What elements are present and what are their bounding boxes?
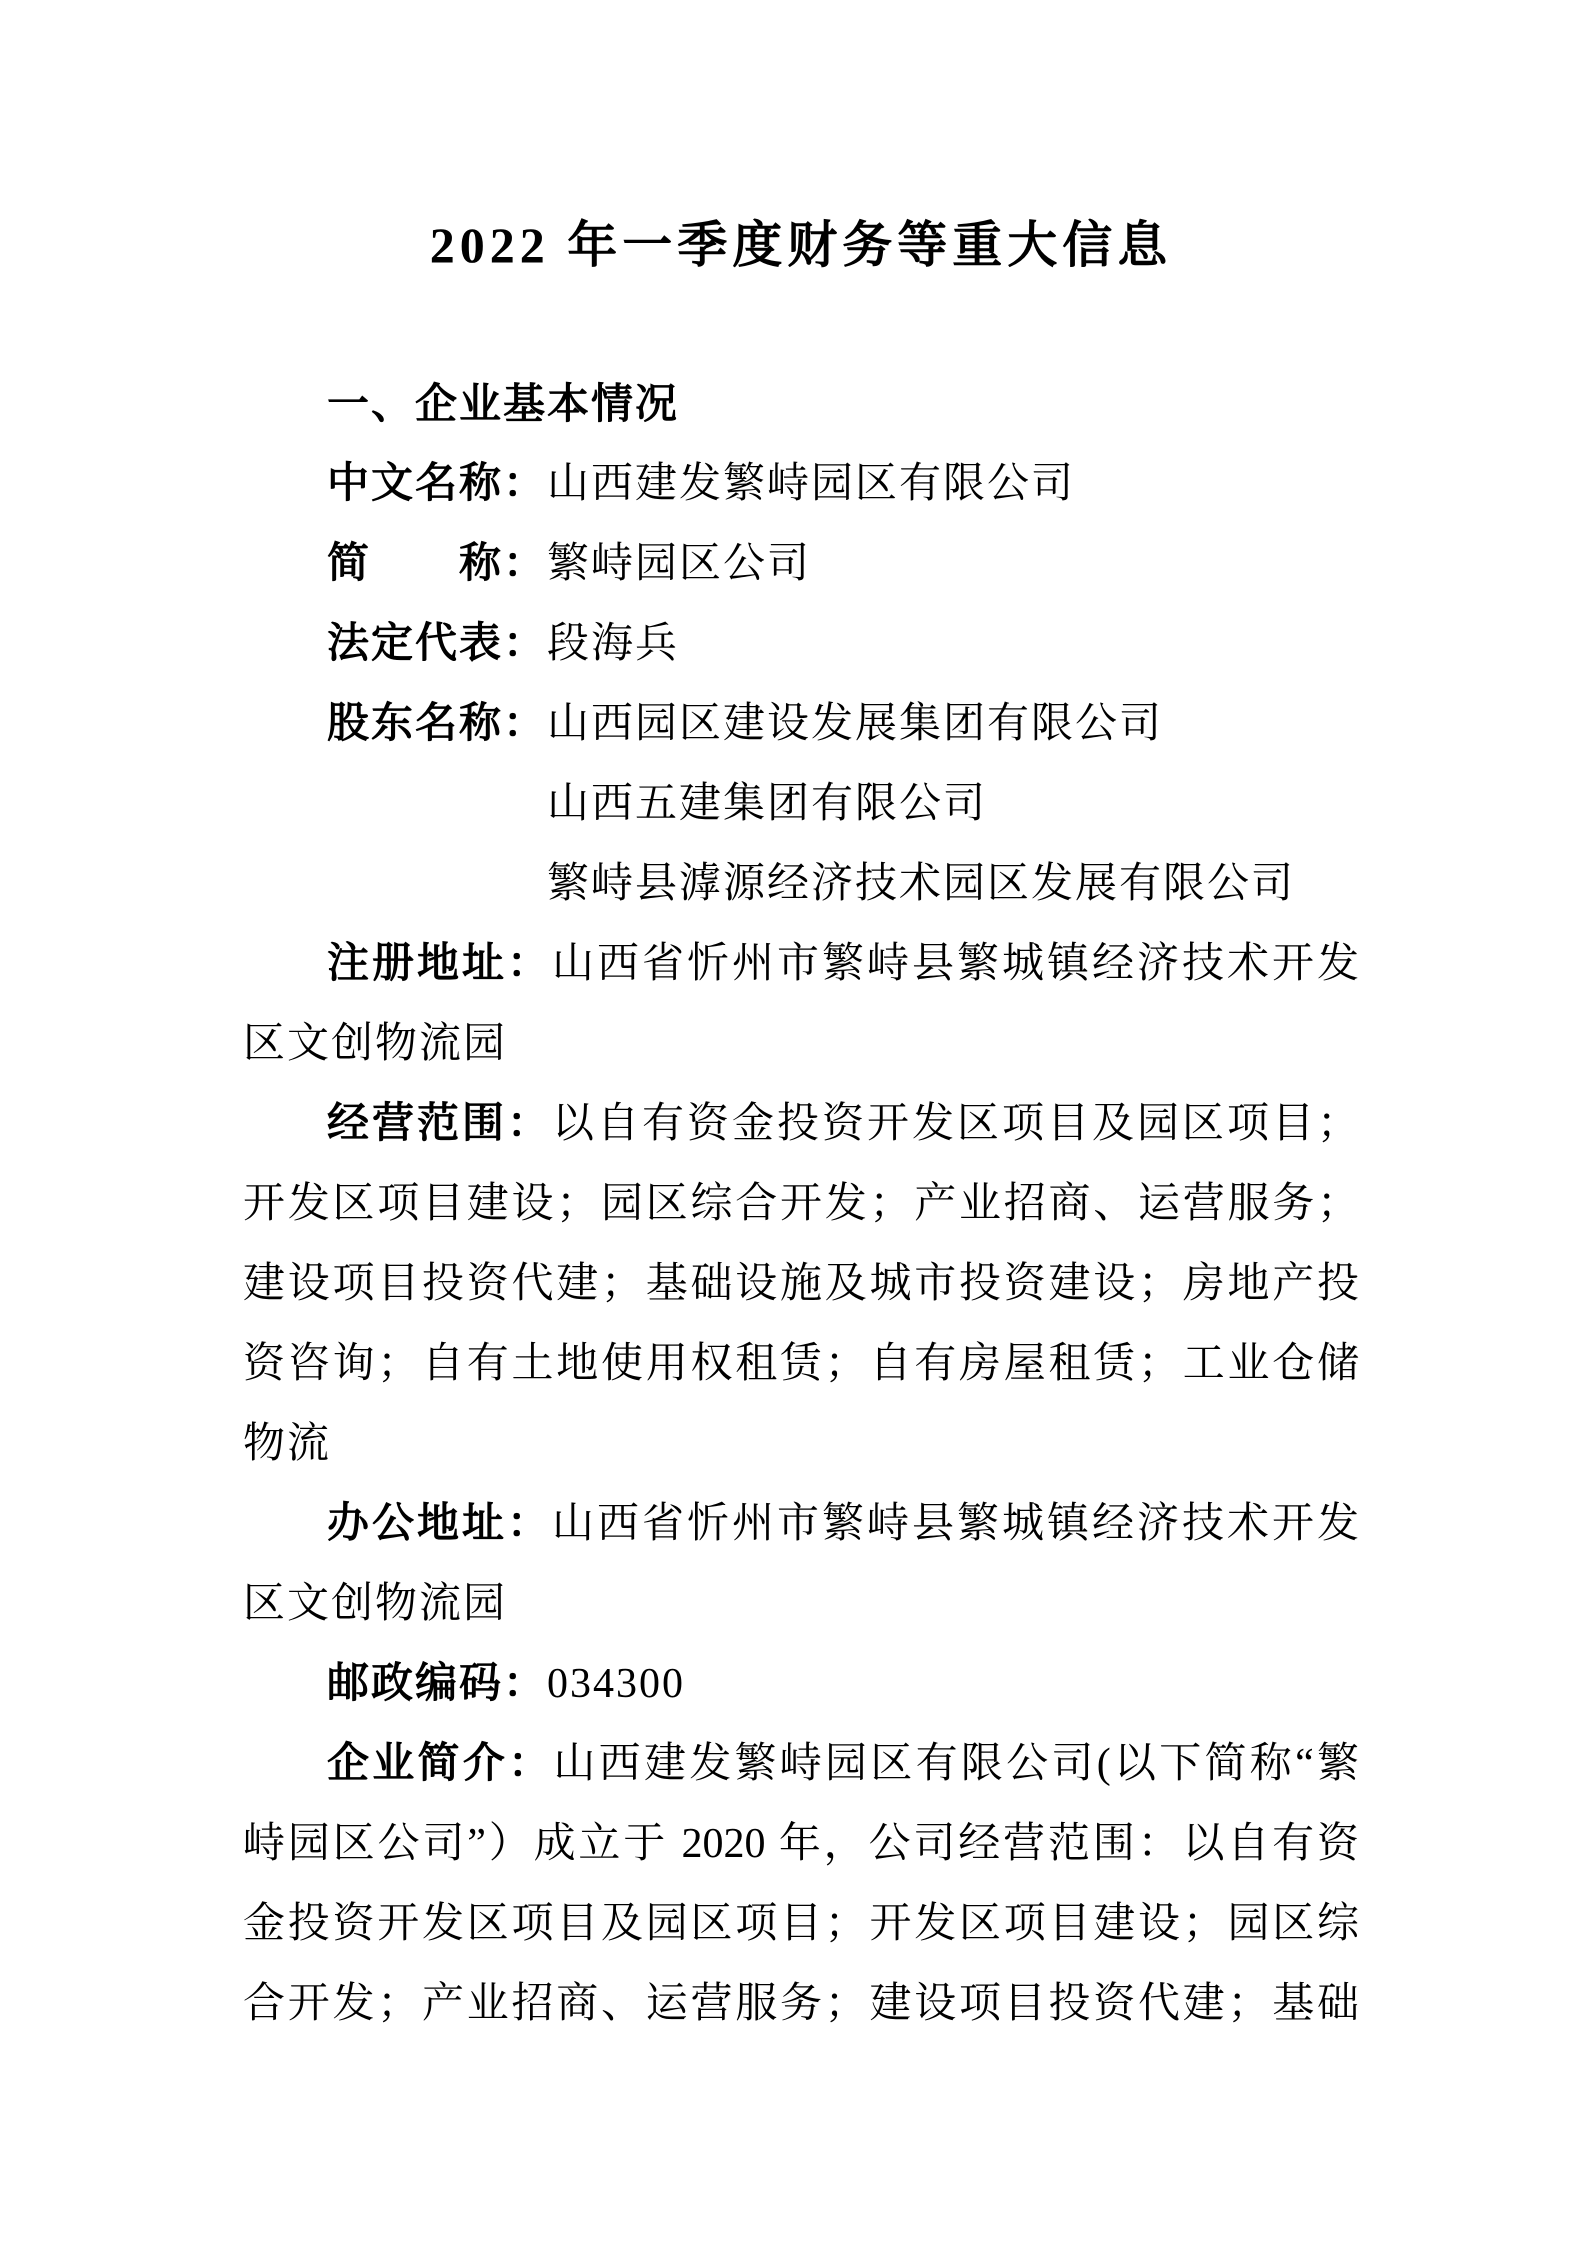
office-address-label: 办公地址： bbox=[327, 1501, 552, 1547]
short-name-value: 繁峙园区公司 bbox=[547, 541, 811, 587]
field-line-shareholders: 股东名称：山西园区建设发展集团有限公司 bbox=[243, 684, 1359, 764]
registered-address-value: 山西省忻州市繁峙县繁城镇经济技术开发 bbox=[552, 941, 1359, 987]
business-scope-cont-2: 建设项目投资代建；基础设施及城市投资建设；房地产投 bbox=[243, 1261, 1359, 1307]
company-profile-cont-3: 合开发；产业招商、运营服务；建设项目投资代建；基础 bbox=[243, 1981, 1359, 2027]
document-title: 2022 年一季度财务等重大信息 bbox=[243, 200, 1359, 290]
field-line-company-profile: 企业简介：山西建发繁峙园区有限公司(以下简称“繁 bbox=[243, 1724, 1359, 1804]
field-line-registered-address: 注册地址：山西省忻州市繁峙县繁城镇经济技术开发 bbox=[243, 924, 1359, 1004]
chinese-name-label: 中文名称： bbox=[327, 461, 547, 507]
shareholder-2-line: 山西五建集团有限公司 bbox=[243, 764, 1359, 844]
shareholder-1-value: 山西园区建设发展集团有限公司 bbox=[547, 701, 1163, 747]
chinese-name-value: 山西建发繁峙园区有限公司 bbox=[547, 461, 1075, 507]
registered-address-cont-line: 区文创物流园 bbox=[243, 1004, 1359, 1084]
business-scope-cont-line-2: 建设项目投资代建；基础设施及城市投资建设；房地产投 bbox=[243, 1244, 1359, 1324]
field-line-short-name: 简 称：繁峙园区公司 bbox=[243, 524, 1359, 604]
office-address-cont: 区文创物流园 bbox=[243, 1581, 507, 1627]
registered-address-cont: 区文创物流园 bbox=[243, 1021, 507, 1067]
short-name-label: 简 称： bbox=[327, 541, 547, 587]
company-profile-cont-2: 金投资开发区项目及园区项目；开发区项目建设；园区综 bbox=[243, 1901, 1359, 1947]
shareholders-label: 股东名称： bbox=[327, 701, 547, 747]
business-scope-label: 经营范围： bbox=[327, 1101, 552, 1147]
company-profile-value: 山西建发繁峙园区有限公司(以下简称“繁 bbox=[553, 1741, 1359, 1787]
company-profile-cont-line-3: 合开发；产业招商、运营服务；建设项目投资代建；基础 bbox=[243, 1964, 1359, 2044]
company-profile-label: 企业简介： bbox=[327, 1741, 553, 1787]
section-heading: 一、企业基本情况 bbox=[243, 364, 1359, 444]
document-page: 2022 年一季度财务等重大信息 一、企业基本情况 中文名称：山西建发繁峙园区有… bbox=[0, 0, 1587, 2245]
field-line-postal-code: 邮政编码：034300 bbox=[243, 1644, 1359, 1724]
shareholder-2-value: 山西五建集团有限公司 bbox=[547, 781, 987, 827]
field-line-legal-representative: 法定代表：段海兵 bbox=[243, 604, 1359, 684]
business-scope-value: 以自有资金投资开发区项目及园区项目； bbox=[552, 1101, 1359, 1147]
legal-representative-label: 法定代表： bbox=[327, 621, 547, 667]
business-scope-cont-4: 物流 bbox=[243, 1421, 331, 1467]
legal-representative-value: 段海兵 bbox=[547, 621, 679, 667]
company-profile-cont-line-1: 峙园区公司”）成立于 2020 年，公司经营范围：以自有资 bbox=[243, 1804, 1359, 1884]
field-line-business-scope: 经营范围：以自有资金投资开发区项目及园区项目； bbox=[243, 1084, 1359, 1164]
business-scope-cont-3: 资咨询；自有土地使用权租赁；自有房屋租赁；工业仓储 bbox=[243, 1341, 1359, 1387]
shareholder-3-line: 繁峙县滹源经济技术园区发展有限公司 bbox=[243, 844, 1359, 924]
office-address-cont-line: 区文创物流园 bbox=[243, 1564, 1359, 1644]
field-line-office-address: 办公地址：山西省忻州市繁峙县繁城镇经济技术开发 bbox=[243, 1484, 1359, 1564]
shareholder-3-value: 繁峙县滹源经济技术园区发展有限公司 bbox=[547, 861, 1295, 907]
field-line-chinese-name: 中文名称：山西建发繁峙园区有限公司 bbox=[243, 444, 1359, 524]
business-scope-cont-line-1: 开发区项目建设；园区综合开发；产业招商、运营服务； bbox=[243, 1164, 1359, 1244]
office-address-value: 山西省忻州市繁峙县繁城镇经济技术开发 bbox=[552, 1501, 1359, 1547]
company-profile-cont-1: 峙园区公司”）成立于 2020 年，公司经营范围：以自有资 bbox=[243, 1821, 1359, 1867]
postal-code-label: 邮政编码： bbox=[327, 1661, 547, 1707]
postal-code-value: 034300 bbox=[547, 1661, 685, 1707]
document-body: 一、企业基本情况 中文名称：山西建发繁峙园区有限公司 简 称：繁峙园区公司 法定… bbox=[243, 364, 1359, 2044]
business-scope-cont-1: 开发区项目建设；园区综合开发；产业招商、运营服务； bbox=[243, 1181, 1359, 1227]
business-scope-cont-line-4: 物流 bbox=[243, 1404, 1359, 1484]
business-scope-cont-line-3: 资咨询；自有土地使用权租赁；自有房屋租赁；工业仓储 bbox=[243, 1324, 1359, 1404]
company-profile-cont-line-2: 金投资开发区项目及园区项目；开发区项目建设；园区综 bbox=[243, 1884, 1359, 1964]
registered-address-label: 注册地址： bbox=[327, 941, 552, 987]
